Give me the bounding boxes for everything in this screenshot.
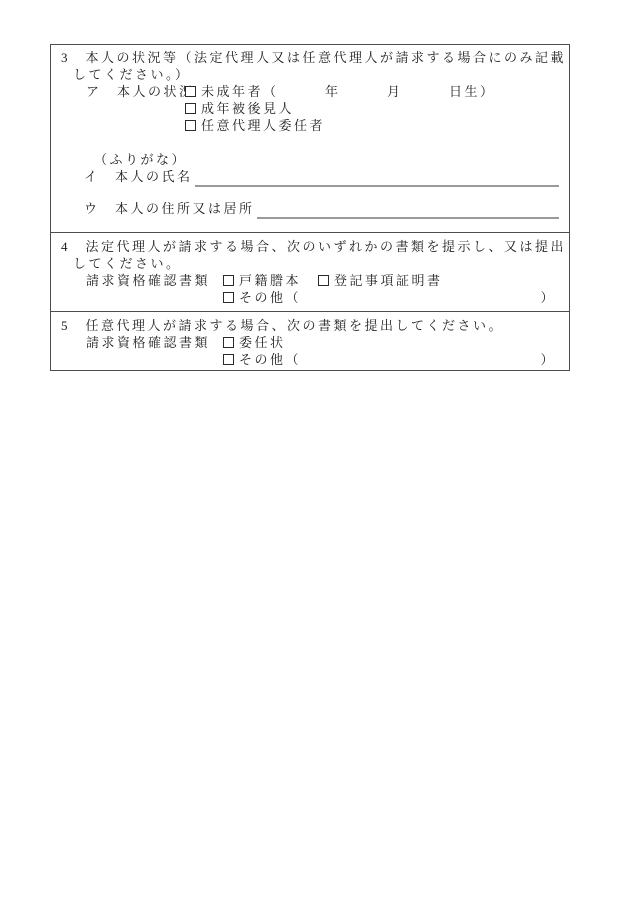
section-applicant-status: 3 本人の状況等（法定代理人又は任意代理人が請求する場合にのみ記載 してください… [51, 45, 569, 232]
docs-label-voluntary: 請求資格確認書類 [51, 334, 210, 351]
section4-heading-line1: 4 法定代理人が請求する場合、次のいずれかの書類を提示し、又は提出 [51, 238, 569, 255]
checkbox-ininjo[interactable] [223, 337, 234, 348]
checkbox-item-adult-ward: 成年被後見人 [185, 100, 294, 117]
checkbox-delegator[interactable] [185, 120, 196, 131]
checkbox-item-other-voluntary: その他（ [223, 351, 301, 368]
checkbox-other-legal-label: その他（ [239, 290, 301, 305]
address-input-line[interactable] [257, 200, 559, 219]
row-applicant-status: ア 本人の状況 未成年者（ 年 月 日生） [51, 83, 569, 100]
row-voluntary-docs: 請求資格確認書類 委任状 [51, 334, 569, 351]
docs-label-legal: 請求資格確認書類 [51, 272, 210, 289]
row-a-label: ア 本人の状況 [51, 83, 195, 100]
checkbox-item-delegator: 任意代理人委任者 [185, 117, 325, 134]
checkbox-adult-ward-label: 成年被後見人 [201, 101, 294, 116]
close-paren-legal: ） [540, 289, 556, 306]
checkbox-koseki-tohon-label: 戸籍謄本 [239, 273, 301, 288]
row-i-label: イ 本人の氏名 [84, 168, 193, 187]
furigana-label: （ふりがな） [51, 151, 569, 168]
request-form-box: 3 本人の状況等（法定代理人又は任意代理人が請求する場合にのみ記載 してください… [50, 44, 570, 371]
checkbox-adult-ward[interactable] [185, 103, 196, 114]
checkbox-delegator-label: 任意代理人委任者 [201, 118, 325, 133]
section5-heading-line1: 5 任意代理人が請求する場合、次の書類を提出してください。 [51, 317, 569, 334]
section-voluntary-representative: 5 任意代理人が請求する場合、次の書類を提出してください。 請求資格確認書類 委… [51, 311, 569, 372]
checkbox-touki-shomeisho[interactable] [318, 275, 329, 286]
row-legal-docs-other: その他（ ） [51, 289, 569, 306]
checkbox-item-ininjo: 委任状 [223, 334, 286, 351]
checkbox-minor-label: 未成年者（ 年 月 日生） [201, 84, 496, 99]
checkbox-koseki-tohon[interactable] [223, 275, 234, 286]
section-legal-representative: 4 法定代理人が請求する場合、次のいずれかの書類を提示し、又は提出 してください… [51, 232, 569, 311]
close-paren-voluntary: ） [540, 351, 556, 368]
checkbox-other-legal[interactable] [223, 292, 234, 303]
row-voluntary-delegator: 任意代理人委任者 [51, 117, 569, 134]
checkbox-minor[interactable] [185, 86, 196, 97]
checkbox-item-minor: 未成年者（ 年 月 日生） [185, 83, 496, 100]
row-voluntary-docs-other: その他（ ） [51, 351, 569, 368]
checkbox-item-other-legal: その他（ [223, 289, 301, 306]
name-input-line[interactable] [195, 168, 559, 187]
row-adult-ward: 成年被後見人 [51, 100, 569, 117]
row-applicant-address: ウ 本人の住所又は居所 [51, 200, 569, 219]
checkbox-ininjo-label: 委任状 [239, 335, 286, 350]
checkbox-other-voluntary[interactable] [223, 354, 234, 365]
row-applicant-name: イ 本人の氏名 [51, 168, 569, 187]
section3-heading-line1: 3 本人の状況等（法定代理人又は任意代理人が請求する場合にのみ記載 [51, 49, 569, 66]
section4-heading-line2: してください。 [51, 255, 569, 272]
checkbox-touki-shomeisho-label: 登記事項証明書 [334, 273, 443, 288]
checkbox-other-voluntary-label: その他（ [239, 352, 301, 367]
checkbox-group-legal-docs: 戸籍謄本登記事項証明書 [223, 272, 443, 289]
section3-heading-line2: してください。） [51, 66, 569, 83]
row-u-label: ウ 本人の住所又は居所 [84, 200, 255, 219]
row-legal-docs: 請求資格確認書類 戸籍謄本登記事項証明書 [51, 272, 569, 289]
